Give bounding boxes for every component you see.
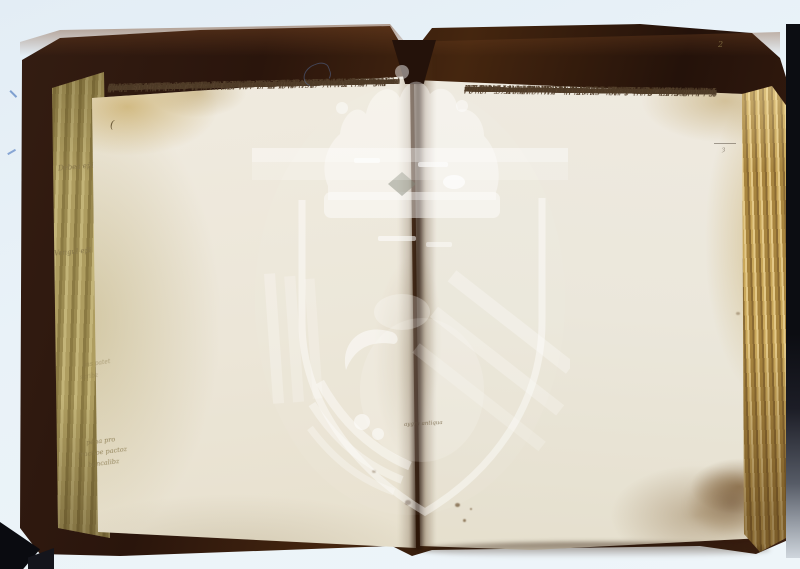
blue-pencil-mark xyxy=(10,90,17,97)
right-page-bottom-shadow xyxy=(420,542,770,558)
blue-pencil-mark xyxy=(7,149,16,155)
fore-edge-shade xyxy=(742,86,788,552)
pencil-dash-mark xyxy=(714,143,736,144)
ink-speck xyxy=(470,508,472,510)
ink-speck xyxy=(736,312,740,315)
ink-speck xyxy=(463,519,466,522)
gutter-shadow xyxy=(398,56,436,550)
left-page-text: mineri Comitis et habitatores dñi parisf… xyxy=(108,77,409,476)
ink-speck xyxy=(372,470,376,473)
manuscript-photo: mineri Comitis et habitatores dñi parisf… xyxy=(0,0,800,569)
folio-number: 2 xyxy=(718,40,723,49)
right-page-text: vel vini habuerit impra terminos prescri… xyxy=(460,83,717,468)
scan-background-black-strip xyxy=(786,24,800,558)
manuscript-line: uerunt gontherius filius predicti aymeri… xyxy=(464,83,716,97)
ink-speck xyxy=(455,503,460,507)
ink-speck xyxy=(649,88,652,90)
pencil-note: ȝ xyxy=(722,146,725,153)
